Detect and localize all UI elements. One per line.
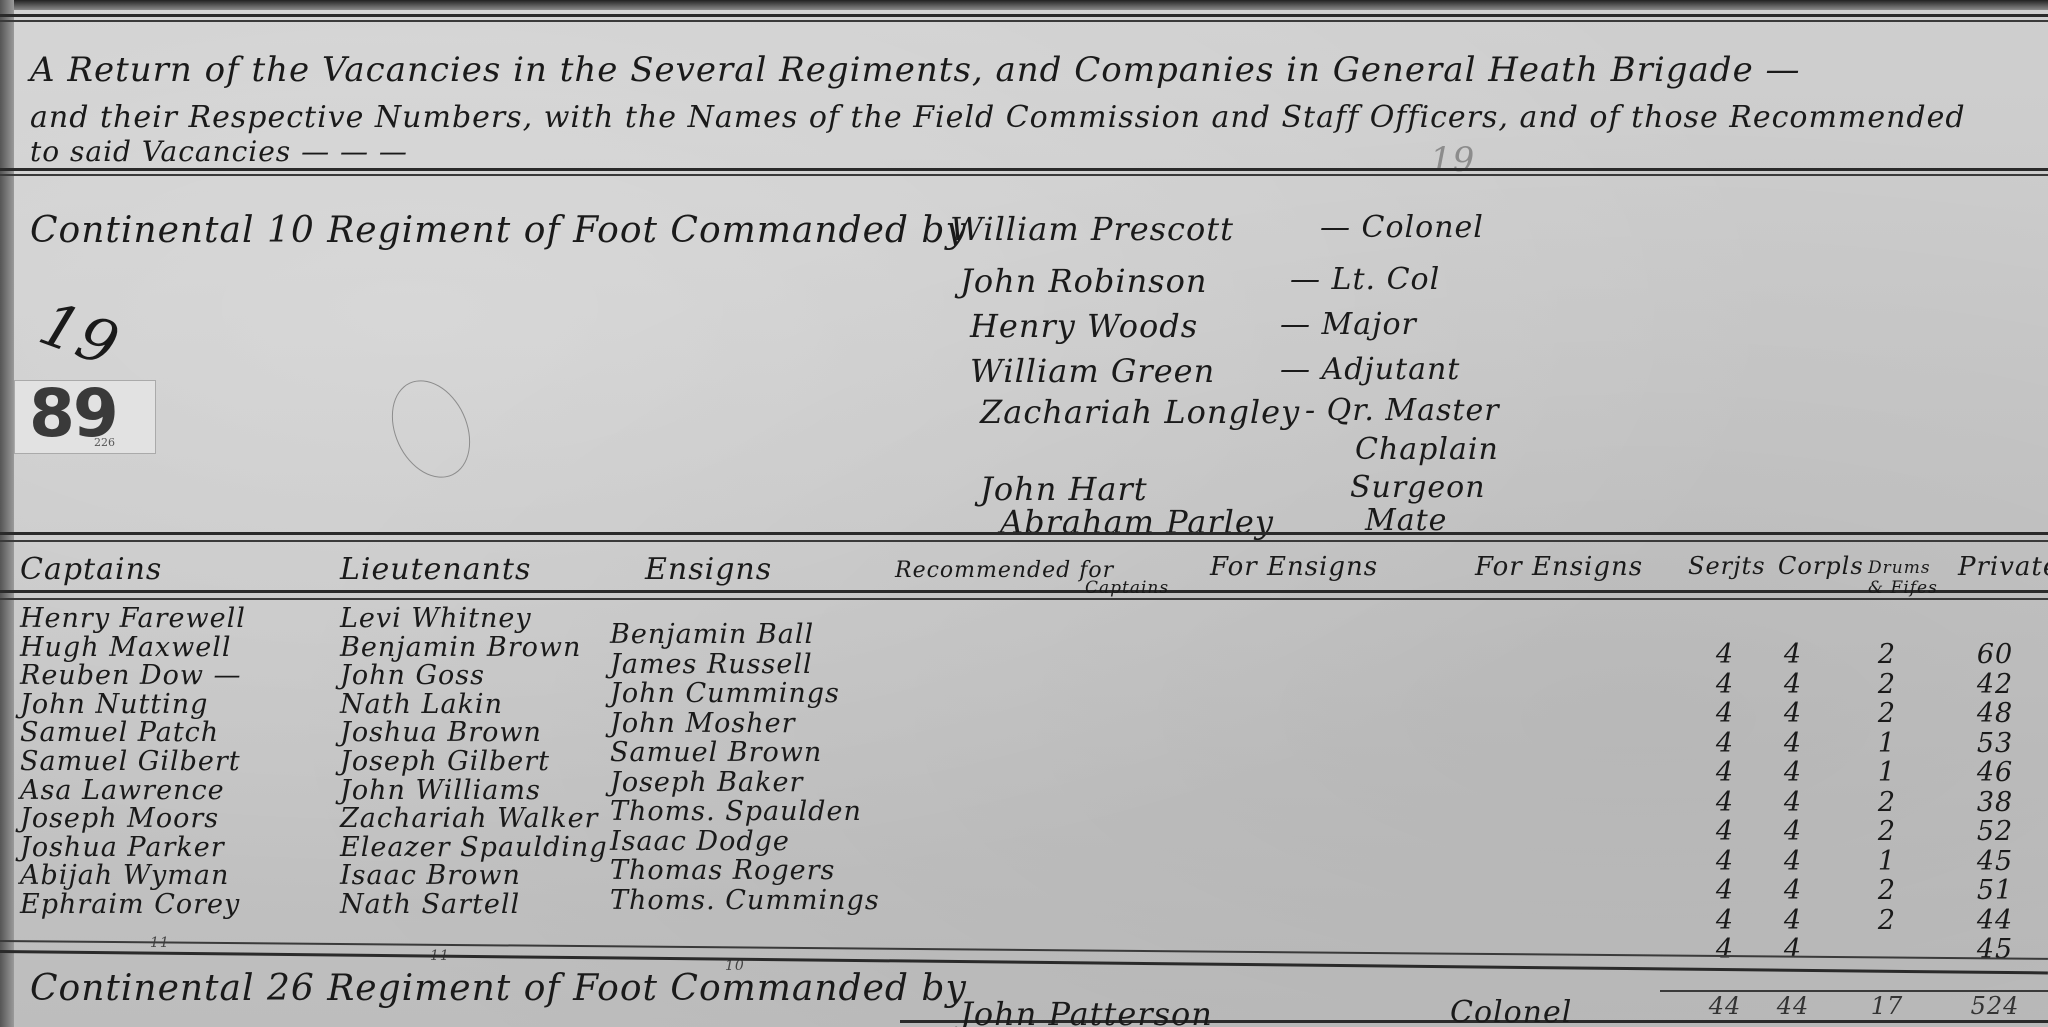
list-item: Isaac Dodge xyxy=(610,827,880,857)
officer-name: Zachariah Longley xyxy=(980,393,1300,431)
cell: 4 xyxy=(1768,935,1818,965)
cell: 2 xyxy=(1862,699,1912,729)
drums-fifes-column: 2 2 2 1 1 2 2 1 2 2 xyxy=(1862,640,1912,965)
list-item: Thoms. Spaulden xyxy=(610,797,880,827)
list-item: Joseph Baker xyxy=(610,768,880,798)
list-item: Joseph Moors xyxy=(20,805,246,834)
total-corporals: 44 xyxy=(1763,992,1823,1020)
cell: 60 xyxy=(1960,640,2030,670)
officer-name: Henry Woods xyxy=(970,307,1198,345)
title-line-1: A Return of the Vacancies in the Several… xyxy=(30,50,1801,90)
cell: 4 xyxy=(1700,935,1750,965)
header-lieutenants: Lieutenants xyxy=(340,552,531,587)
table-top-rule-inner xyxy=(0,540,2048,542)
list-item: Nath Sartell xyxy=(340,891,608,920)
list-item: Hugh Maxwell xyxy=(20,634,246,663)
cell: 4 xyxy=(1768,906,1818,936)
list-item: John Cummings xyxy=(610,679,880,709)
cell: 2 xyxy=(1862,876,1912,906)
list-item: Thoms. Cummings xyxy=(610,886,880,916)
cell: 2 xyxy=(1862,817,1912,847)
list-item: James Russell xyxy=(610,650,880,680)
total-privates: 524 xyxy=(1965,992,2025,1020)
list-item: Henry Farewell xyxy=(20,605,246,634)
cell: 4 xyxy=(1768,758,1818,788)
officer-rank: — Lt. Col xyxy=(1290,262,1440,297)
cell: 4 xyxy=(1768,670,1818,700)
cell: 4 xyxy=(1700,906,1750,936)
header-ensigns: Ensigns xyxy=(645,552,772,587)
header-recommended-captains: Captains xyxy=(1085,580,1169,597)
cell: 46 xyxy=(1960,758,2030,788)
regiment-heading: Continental 10 Regiment of Foot Commande… xyxy=(30,210,967,251)
cell: 1 xyxy=(1862,729,1912,759)
page-top-edge xyxy=(0,0,2048,10)
cell: 4 xyxy=(1768,640,1818,670)
title-line-2: and their Respective Numbers, with the N… xyxy=(30,100,1966,135)
serjeants-column: 4 4 4 4 4 4 4 4 4 4 4 xyxy=(1700,640,1750,965)
cell: 4 xyxy=(1768,847,1818,877)
header-corporals: Corpls xyxy=(1778,552,1864,580)
cell: 4 xyxy=(1700,817,1750,847)
list-item: Samuel Brown xyxy=(610,738,880,768)
header-recommended: Recommended for xyxy=(895,558,1114,583)
ensigns-column: Benjamin Ball James Russell John Cumming… xyxy=(610,620,880,915)
cell: 4 xyxy=(1768,699,1818,729)
title-bottom-rule xyxy=(0,168,2048,171)
list-item: John Mosher xyxy=(610,709,880,739)
cell: 4 xyxy=(1768,729,1818,759)
officer-rank: Surgeon xyxy=(1350,470,1486,505)
list-item: Samuel Gilbert xyxy=(20,748,246,777)
list-item: Joshua Brown xyxy=(340,719,608,748)
cell: 44 xyxy=(1960,906,2030,936)
cell: 51 xyxy=(1960,876,2030,906)
cell: 4 xyxy=(1768,876,1818,906)
cell: 4 xyxy=(1700,699,1750,729)
list-item: Asa Lawrence xyxy=(20,777,246,806)
list-item: Benjamin Brown xyxy=(340,634,608,663)
officer-rank: — Colonel xyxy=(1320,210,1484,245)
header-drums: Drums xyxy=(1868,560,1931,577)
officer-rank: Chaplain xyxy=(1355,432,1499,467)
header-serjeants: Serjts xyxy=(1688,552,1766,580)
cell: 2 xyxy=(1862,788,1912,818)
cell: 45 xyxy=(1960,847,2030,877)
officer-name: William Green xyxy=(970,352,1215,390)
list-item: Joseph Gilbert xyxy=(340,748,608,777)
list-item: Levi Whitney xyxy=(340,605,608,634)
page-left-edge xyxy=(0,0,14,1027)
list-item: John Goss xyxy=(340,662,608,691)
list-item: Eleazer Spaulding xyxy=(340,834,608,863)
cell: 2 xyxy=(1862,906,1912,936)
list-item: Thomas Rogers xyxy=(610,856,880,886)
header-bottom-rule xyxy=(0,590,2048,593)
header-privates: Privates xyxy=(1958,552,2048,582)
list-item: Nath Lakin xyxy=(340,691,608,720)
cell: 48 xyxy=(1960,699,2030,729)
cell: 2 xyxy=(1862,670,1912,700)
corporals-column: 4 4 4 4 4 4 4 4 4 4 4 xyxy=(1768,640,1818,965)
folio-mark: 19 xyxy=(30,289,128,382)
list-item: Abijah Wyman xyxy=(20,862,246,891)
officer-name: John Robinson xyxy=(960,262,1207,300)
header-for-ensigns-1: For Ensigns xyxy=(1210,552,1378,582)
next-regiment-heading: Continental 26 Regiment of Foot Commande… xyxy=(30,968,967,1009)
list-item: Ephraim Corey xyxy=(20,891,246,920)
list-item: John Williams xyxy=(340,777,608,806)
cell: 52 xyxy=(1960,817,2030,847)
header-bottom-rule-inner xyxy=(0,598,2048,600)
list-item: Zachariah Walker xyxy=(340,805,608,834)
faint-oval-mark xyxy=(377,368,485,491)
officer-name: William Prescott xyxy=(950,210,1234,248)
cell: 53 xyxy=(1960,729,2030,759)
officer-name: Abraham Parley xyxy=(1000,503,1274,541)
header-captains: Captains xyxy=(20,552,162,587)
total-serjeants: 44 xyxy=(1695,992,1755,1020)
cell: 45 xyxy=(1960,935,2030,965)
cell: 38 xyxy=(1960,788,2030,818)
cell: 4 xyxy=(1768,788,1818,818)
cell: 4 xyxy=(1768,817,1818,847)
table-top-rule xyxy=(0,532,2048,535)
title-bottom-rule-inner xyxy=(0,174,2048,176)
cell: 4 xyxy=(1700,640,1750,670)
cell: 4 xyxy=(1700,729,1750,759)
list-item: John Nutting xyxy=(20,691,246,720)
list-item: Reuben Dow — xyxy=(20,662,246,691)
cell: 4 xyxy=(1700,847,1750,877)
cell: 42 xyxy=(1960,670,2030,700)
cell: 1 xyxy=(1862,758,1912,788)
cell: 4 xyxy=(1700,788,1750,818)
captains-column: Henry Farewell Hugh Maxwell Reuben Dow —… xyxy=(20,605,246,920)
title-line-3: to said Vacancies — — — xyxy=(30,135,408,168)
header-for-ensigns-2: For Ensigns xyxy=(1475,552,1643,582)
cell: 2 xyxy=(1862,640,1912,670)
stamp-subnumber: 226 xyxy=(94,436,115,449)
list-item: Samuel Patch xyxy=(20,719,246,748)
officer-rank: — Major xyxy=(1280,307,1417,342)
total-drums-fifes: 17 xyxy=(1857,992,1917,1020)
archive-stamp: 89 226 xyxy=(14,380,156,454)
lieutenants-column: Levi Whitney Benjamin Brown John Goss Na… xyxy=(340,605,608,920)
cell: 4 xyxy=(1700,670,1750,700)
list-item: Joshua Parker xyxy=(20,834,246,863)
title-top-rule-inner xyxy=(0,20,2048,22)
officer-rank: — Adjutant xyxy=(1280,352,1460,387)
list-item: Benjamin Ball xyxy=(610,620,880,650)
header-fifes: & Fifes xyxy=(1868,580,1938,597)
officer-rank: - Qr. Master xyxy=(1305,393,1500,428)
next-regiment-rank: Colonel xyxy=(1450,995,1572,1027)
next-regiment-officer: John Patterson xyxy=(960,995,1213,1027)
list-item: Isaac Brown xyxy=(340,862,608,891)
cell: 1 xyxy=(1862,847,1912,877)
cell xyxy=(1862,935,1912,965)
title-top-rule xyxy=(0,14,2048,17)
privates-column: 60 42 48 53 46 38 52 45 51 44 45 xyxy=(1960,640,2030,965)
cell: 4 xyxy=(1700,758,1750,788)
cell: 4 xyxy=(1700,876,1750,906)
